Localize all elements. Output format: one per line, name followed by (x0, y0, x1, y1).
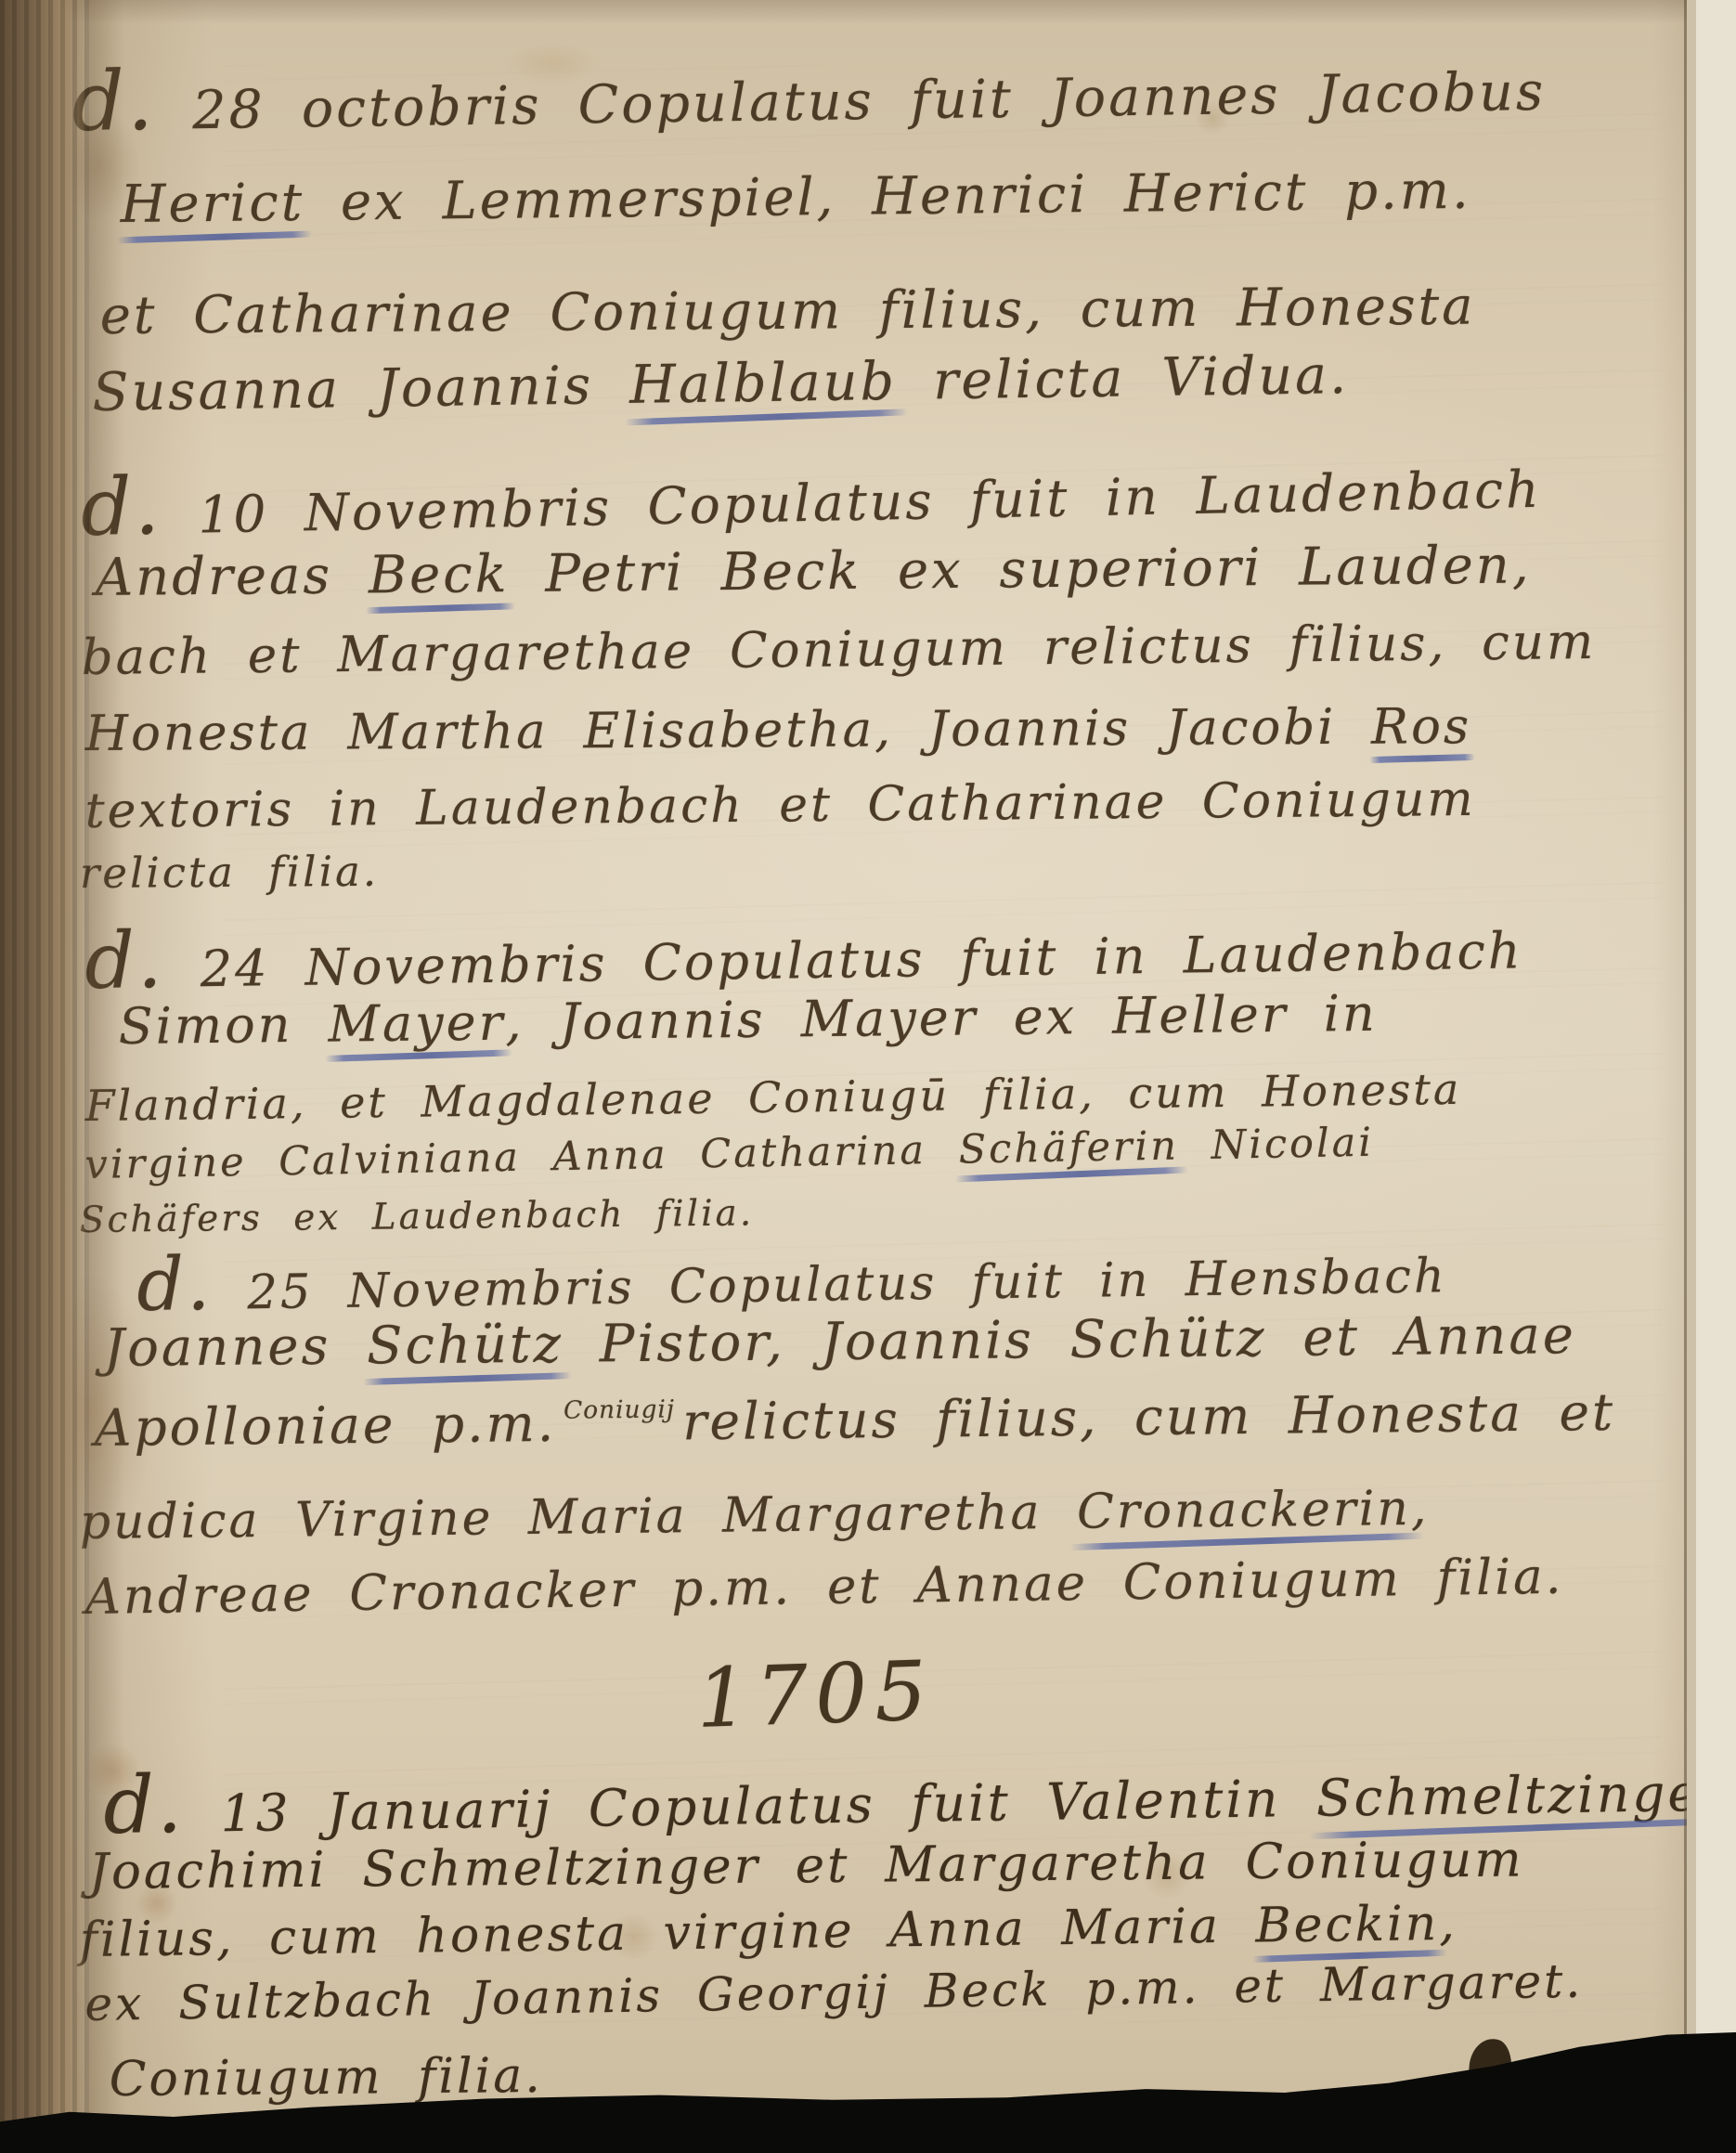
text-segment: textoris in Laudenbach et Catharinae Con… (84, 772, 1475, 839)
text-segment: bach et Margarethae Coniugum relictus fi… (81, 614, 1596, 686)
text-segment: relicta Vidua. (897, 344, 1350, 412)
text-segment: Apolloniae p.m. (94, 1394, 556, 1458)
underlined-word: Schütz (367, 1315, 564, 1377)
text-segment: relictus filius, cum Honesta et (682, 1382, 1616, 1452)
text-segment: Petri Beck ex superiori Lauden, (509, 536, 1532, 605)
register-lines: d. 28 octobris Copulatus fuit Joannes Ja… (0, 0, 1736, 2153)
text-segment: , (1439, 1896, 1457, 1952)
text-segment: , Joannis Mayer ex Heller in (505, 984, 1378, 1052)
manuscript-line: Coniugum filia. (109, 2048, 543, 2108)
manuscript-line: filius, cum honesta virgine Anna Maria B… (79, 1896, 1457, 1968)
text-segment: Andreas (95, 545, 369, 608)
text-segment: Nicolai (1178, 1120, 1374, 1170)
manuscript-line: Joannes Schütz Pistor, Joannis Schütz et… (103, 1305, 1576, 1379)
scanned-register-page: d. 28 octobris Copulatus fuit Joannes Ja… (0, 0, 1736, 2153)
text-segment: filius, cum honesta virgine Anna Maria (79, 1899, 1256, 1968)
superscript-insertion: Coniugij (564, 1395, 675, 1425)
manuscript-line: Apolloniae p.m.Coniugijrelictus filius, … (94, 1382, 1615, 1458)
manuscript-line: Joachimi Schmeltzinger et Margaretha Con… (88, 1832, 1523, 1900)
text-segment: Susanna Joannis (92, 355, 630, 423)
text-segment: ex Sultzbach Joannis Georgij Beck p.m. e… (84, 1954, 1583, 2031)
text-segment: d. 28 octobris Copulatus fuit Joannes Ja… (71, 61, 1547, 143)
manuscript-line: relicta filia. (80, 847, 380, 898)
text-segment: Pistor, Joannis Schütz et Annae (564, 1305, 1576, 1375)
text-segment: Andreae Cronacker p.m. et Annae Coniugum… (84, 1549, 1564, 1626)
parchment-page: d. 28 octobris Copulatus fuit Joannes Ja… (0, 0, 1736, 2153)
text-segment: Joachimi Schmeltzinger et Margaretha Con… (88, 1832, 1523, 1900)
text-segment: virgine Calviniana Anna Catharina (84, 1127, 959, 1188)
text-segment: relicta filia. (80, 847, 380, 898)
manuscript-line: Andreas Beck Petri Beck ex superiori Lau… (95, 536, 1531, 608)
text-segment: , (1411, 1481, 1430, 1537)
text-segment: Coniugum filia. (109, 2048, 543, 2108)
underlined-word: Schäferin (958, 1122, 1179, 1173)
manuscript-line: Herict ex Lemmerspiel, Henrici Herict p.… (120, 161, 1471, 235)
manuscript-line: Honesta Martha Elisabetha, Joannis Jacob… (85, 698, 1472, 762)
underlined-word: Beck (369, 544, 510, 605)
manuscript-line: ex Sultzbach Joannis Georgij Beck p.m. e… (84, 1954, 1583, 2031)
text-segment: ex Lemmerspiel, Henrici Herict p.m. (304, 161, 1471, 233)
manuscript-line: virgine Calviniana Anna Catharina Schäfe… (84, 1120, 1374, 1188)
manuscript-line: Susanna Joannis Halblaub relicta Vidua. (92, 344, 1349, 423)
underlined-word: Ros (1371, 698, 1471, 756)
manuscript-line: textoris in Laudenbach et Catharinae Con… (84, 772, 1475, 839)
manuscript-line: et Catharinae Coniugum filius, cum Hones… (100, 277, 1476, 346)
underlined-word: Mayer (328, 993, 505, 1054)
underlined-word: Halblaub (629, 351, 898, 416)
manuscript-line: d. 28 octobris Copulatus fuit Joannes Ja… (71, 33, 1547, 149)
text-segment: pudica Virgine Maria Margaretha (79, 1485, 1077, 1550)
year-heading: 1705 (694, 1642, 935, 1746)
text-segment: et Catharinae Coniugum filius, cum Hones… (100, 277, 1476, 346)
text-segment: d. 13 Januarij Copulatus fuit Valentin (103, 1769, 1316, 1845)
text-segment: 1705 (694, 1642, 935, 1746)
underlined-word: Beckin (1255, 1896, 1439, 1953)
text-segment: d. 10 Novembris Copulatus fuit in Lauden… (81, 460, 1542, 547)
manuscript-line: pudica Virgine Maria Margaretha Cronacke… (79, 1481, 1429, 1550)
manuscript-line: Schäfers ex Laudenbach filia. (80, 1192, 755, 1241)
text-segment: Joannes (103, 1316, 367, 1379)
text-segment: Honesta Martha Elisabetha, Joannis Jacob… (85, 699, 1372, 762)
manuscript-line: Simon Mayer, Joannis Mayer ex Heller in (118, 984, 1378, 1056)
manuscript-line: bach et Margarethae Coniugum relictus fi… (81, 614, 1596, 686)
page-edge-right (1684, 0, 1736, 2153)
text-segment: Simon (118, 995, 329, 1056)
underlined-word: Herict (120, 173, 304, 235)
underlined-word: Schmeltzinger (1315, 1763, 1728, 1828)
manuscript-line: Andreae Cronacker p.m. et Annae Coniugum… (84, 1549, 1564, 1626)
book-binding-edge (0, 0, 89, 2153)
underlined-word: Cronackerin (1077, 1481, 1411, 1540)
text-segment: Schäfers ex Laudenbach filia. (80, 1192, 755, 1241)
